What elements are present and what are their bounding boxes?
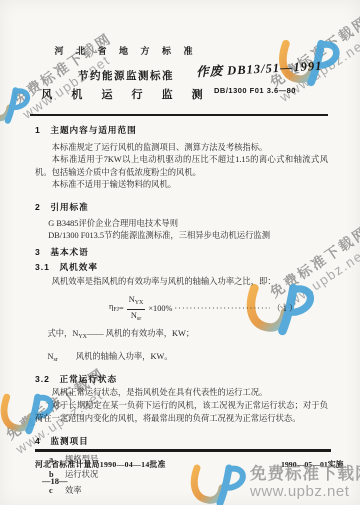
- formula-denominator: Nsr: [131, 310, 141, 324]
- formula-fraction: NYX Nsr: [127, 295, 146, 324]
- section-3-1-heading: 3.1 风机效率: [35, 261, 328, 274]
- section-3-2-paragraph: 对于长期稳定在某一负荷下运行的风机，该工况视为正常运行状态；对于负荷在一定范围内…: [35, 400, 328, 425]
- watermark-top-left: 免费标准下载网 www.upbz.net: [9, 3, 161, 121]
- approval-statement: 河北省标准计量局1990—04—14批准: [35, 459, 166, 470]
- reference-item: G B3485评价企业合理用电技术导则: [35, 218, 328, 231]
- reference-item: DB/1300 F013.5节约能源监测标准，三相异步电动机运行监测: [35, 230, 328, 243]
- section-1-heading: 1 主题内容与适用范围: [35, 124, 328, 137]
- document-body: 1 主题内容与适用范围 本标准规定了运行风机的监测项目、测算方法及考核指标。 本…: [35, 124, 328, 499]
- section-1-paragraph: 本标准规定了运行风机的监测项目、测算方法及考核指标。: [35, 142, 328, 155]
- page-number: —18—: [42, 476, 68, 486]
- formula-leader-dots: ·····························: [174, 303, 270, 316]
- implementation-date: 1990—05—01实施: [281, 459, 343, 470]
- document-title-line2: 风 机 运 行 监 测: [20, 86, 232, 102]
- section-3-heading: 3 基本术语: [35, 246, 328, 259]
- watermark-site-name: 免费标准下载网: [266, 0, 360, 92]
- section-4-heading: 4 监测项目: [35, 435, 328, 448]
- section-1-paragraph: 本标准适用于7KW以上电动机驱动的压比不超过1.15的离心式和轴流式风机。包括输…: [35, 154, 328, 179]
- handwritten-annotation: 作废 DB13/51—1991: [196, 56, 323, 81]
- formula-number: （ 1 ）: [272, 303, 297, 316]
- header-divider: [30, 114, 328, 116]
- section-3-2-paragraph: 风机正常运行状态，是指风机处在具有代表性的运行工况。: [35, 387, 328, 400]
- formula-1: ηFJ = NYX Nsr ×100% ····················…: [109, 295, 328, 324]
- footer-divider: [35, 449, 331, 452]
- formula-where-line1: 式中，NYX—— 风机的有效功率，KW；: [35, 328, 328, 344]
- formula-where-line2: Nsr风机的轴输入功率，KW。: [35, 351, 328, 367]
- monitor-item: b运行状况: [49, 468, 328, 482]
- document-page: 免费标准下载网 www.upbz.net 免费标准下载网 www.upbz.ne…: [0, 0, 360, 505]
- monitor-item: c效率: [49, 484, 328, 498]
- formula-lhs: ηFJ: [109, 301, 119, 317]
- symbol-nyx: NYX: [72, 329, 87, 338]
- standard-authority-title: 河 北 省 地 方 标 准: [20, 44, 232, 57]
- symbol-nsr: Nsr: [47, 352, 57, 361]
- section-3-2-heading: 3.2 正常运行状态: [35, 373, 328, 386]
- formula-numerator: NYX: [127, 295, 146, 310]
- section-2-heading: 2 引用标准: [35, 201, 328, 214]
- section-1-paragraph: 本标准不适用于输送物料的风机。: [35, 179, 328, 192]
- formula-multiplier: ×100%: [148, 303, 172, 316]
- section-3-1-paragraph: 风机效率是指风机的有效功率与风机的轴输入功率之比，即：: [35, 276, 328, 289]
- standard-number: DB/1300 F01 3.6—80: [214, 86, 296, 95]
- formula-equals: =: [119, 303, 124, 316]
